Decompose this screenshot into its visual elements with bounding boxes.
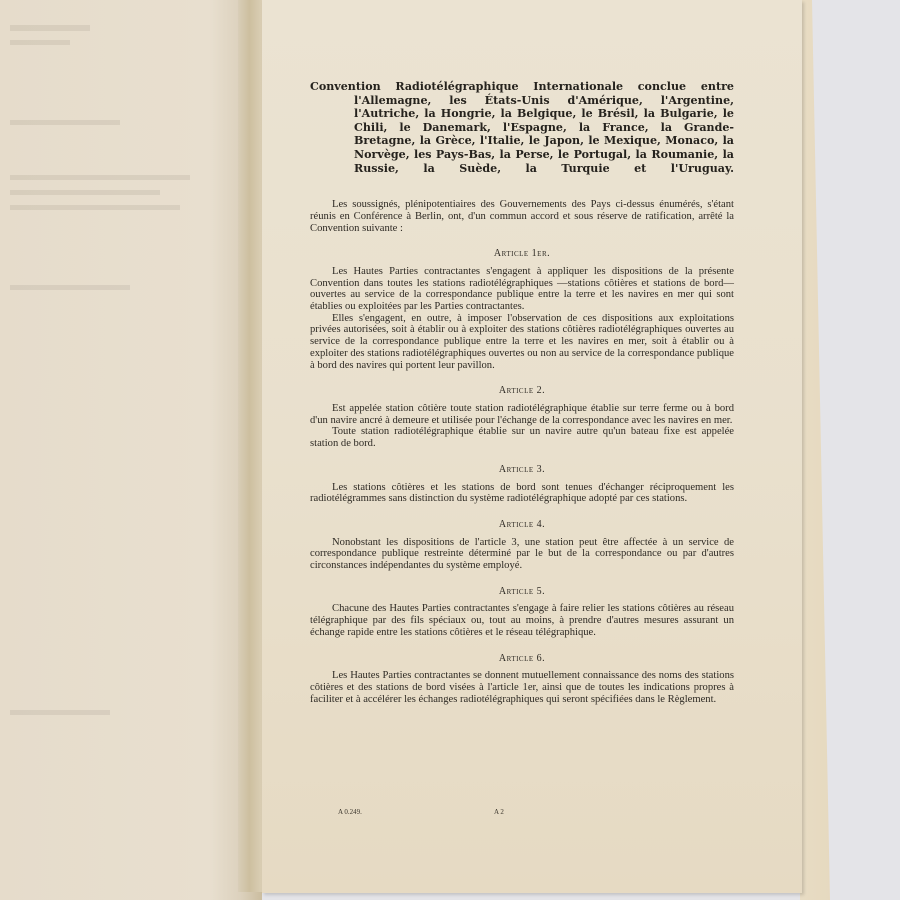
article-heading: Article 5. bbox=[310, 586, 734, 598]
bleed-through-text bbox=[0, 0, 250, 900]
article-paragraph: Les stations côtières et les stations de… bbox=[310, 482, 734, 505]
article-paragraph: Toute station radiotélégraphique établie… bbox=[310, 426, 734, 449]
print-reference: A 0.249. bbox=[338, 808, 362, 816]
page-edge bbox=[800, 0, 830, 900]
article-paragraph: Elles s'engagent, en outre, à imposer l'… bbox=[310, 313, 734, 372]
article-paragraph: Les Hautes Parties contractantes s'engag… bbox=[310, 266, 734, 313]
article-paragraph: Nonobstant les dispositions de l'article… bbox=[310, 537, 734, 572]
article-1: Article 1er. Les Hautes Parties contract… bbox=[310, 248, 734, 371]
preamble: Les soussignés, plénipotentiaires des Go… bbox=[310, 199, 734, 234]
signature-mark: A 2 bbox=[494, 808, 504, 816]
article-heading: Article 3. bbox=[310, 464, 734, 476]
document-body: Les soussignés, plénipotentiaires des Go… bbox=[310, 199, 734, 705]
article-heading: Article 1er. bbox=[310, 248, 734, 260]
document-page: Convention Radiotélégraphique Internatio… bbox=[262, 0, 802, 893]
page-content: Convention Radiotélégraphique Internatio… bbox=[310, 80, 734, 705]
article-heading: Article 2. bbox=[310, 385, 734, 397]
article-heading: Article 6. bbox=[310, 653, 734, 665]
article-heading: Article 4. bbox=[310, 519, 734, 531]
article-6: Article 6. Les Hautes Parties contractan… bbox=[310, 653, 734, 706]
document-title: Convention Radiotélégraphique Internatio… bbox=[310, 80, 734, 175]
article-3: Article 3. Les stations côtières et les … bbox=[310, 464, 734, 505]
left-page bbox=[0, 0, 262, 900]
article-paragraph: Chacune des Hautes Parties contractantes… bbox=[310, 603, 734, 638]
article-paragraph: Est appelée station côtière toute statio… bbox=[310, 403, 734, 426]
article-5: Article 5. Chacune des Hautes Parties co… bbox=[310, 586, 734, 639]
article-2: Article 2. Est appelée station côtière t… bbox=[310, 385, 734, 450]
article-4: Article 4. Nonobstant les dispositions d… bbox=[310, 519, 734, 572]
article-paragraph: Les Hautes Parties contractantes se donn… bbox=[310, 670, 734, 705]
